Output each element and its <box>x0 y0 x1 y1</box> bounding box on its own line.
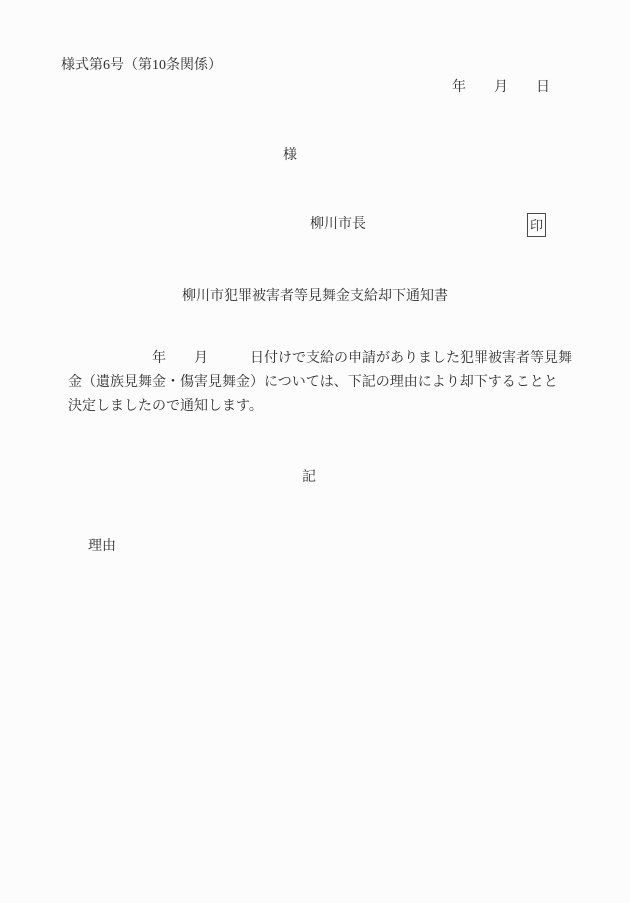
seal-mark: 印 <box>530 219 543 232</box>
reason-label: 理由 <box>88 539 116 556</box>
sender-name: 柳川市長 <box>310 217 366 234</box>
document-page: 様式第6号（第10条関係） 年 月 日 様 柳川市長 印 柳川市犯罪被害者等見舞… <box>0 0 630 903</box>
body-line: 年 月 日付けで支給の申請がありました犯罪被害者等見舞 <box>68 347 578 371</box>
seal-mark-box: 印 <box>527 213 546 237</box>
document-title: 柳川市犯罪被害者等見舞金支給却下通知書 <box>0 285 630 305</box>
body-line: 金（遺族見舞金・傷害見舞金）については、下記の理由により却下することと <box>68 371 578 395</box>
body-paragraph: 年 月 日付けで支給の申請がありました犯罪被害者等見舞 金（遺族見舞金・傷害見舞… <box>68 347 578 418</box>
record-marker: 記 <box>302 470 316 487</box>
addressee-suffix: 様 <box>283 148 297 165</box>
body-line: 決定しましたので通知します。 <box>68 395 578 419</box>
date-line: 年 月 日 <box>452 80 550 97</box>
form-number: 様式第6号（第10条関係） <box>61 58 222 75</box>
